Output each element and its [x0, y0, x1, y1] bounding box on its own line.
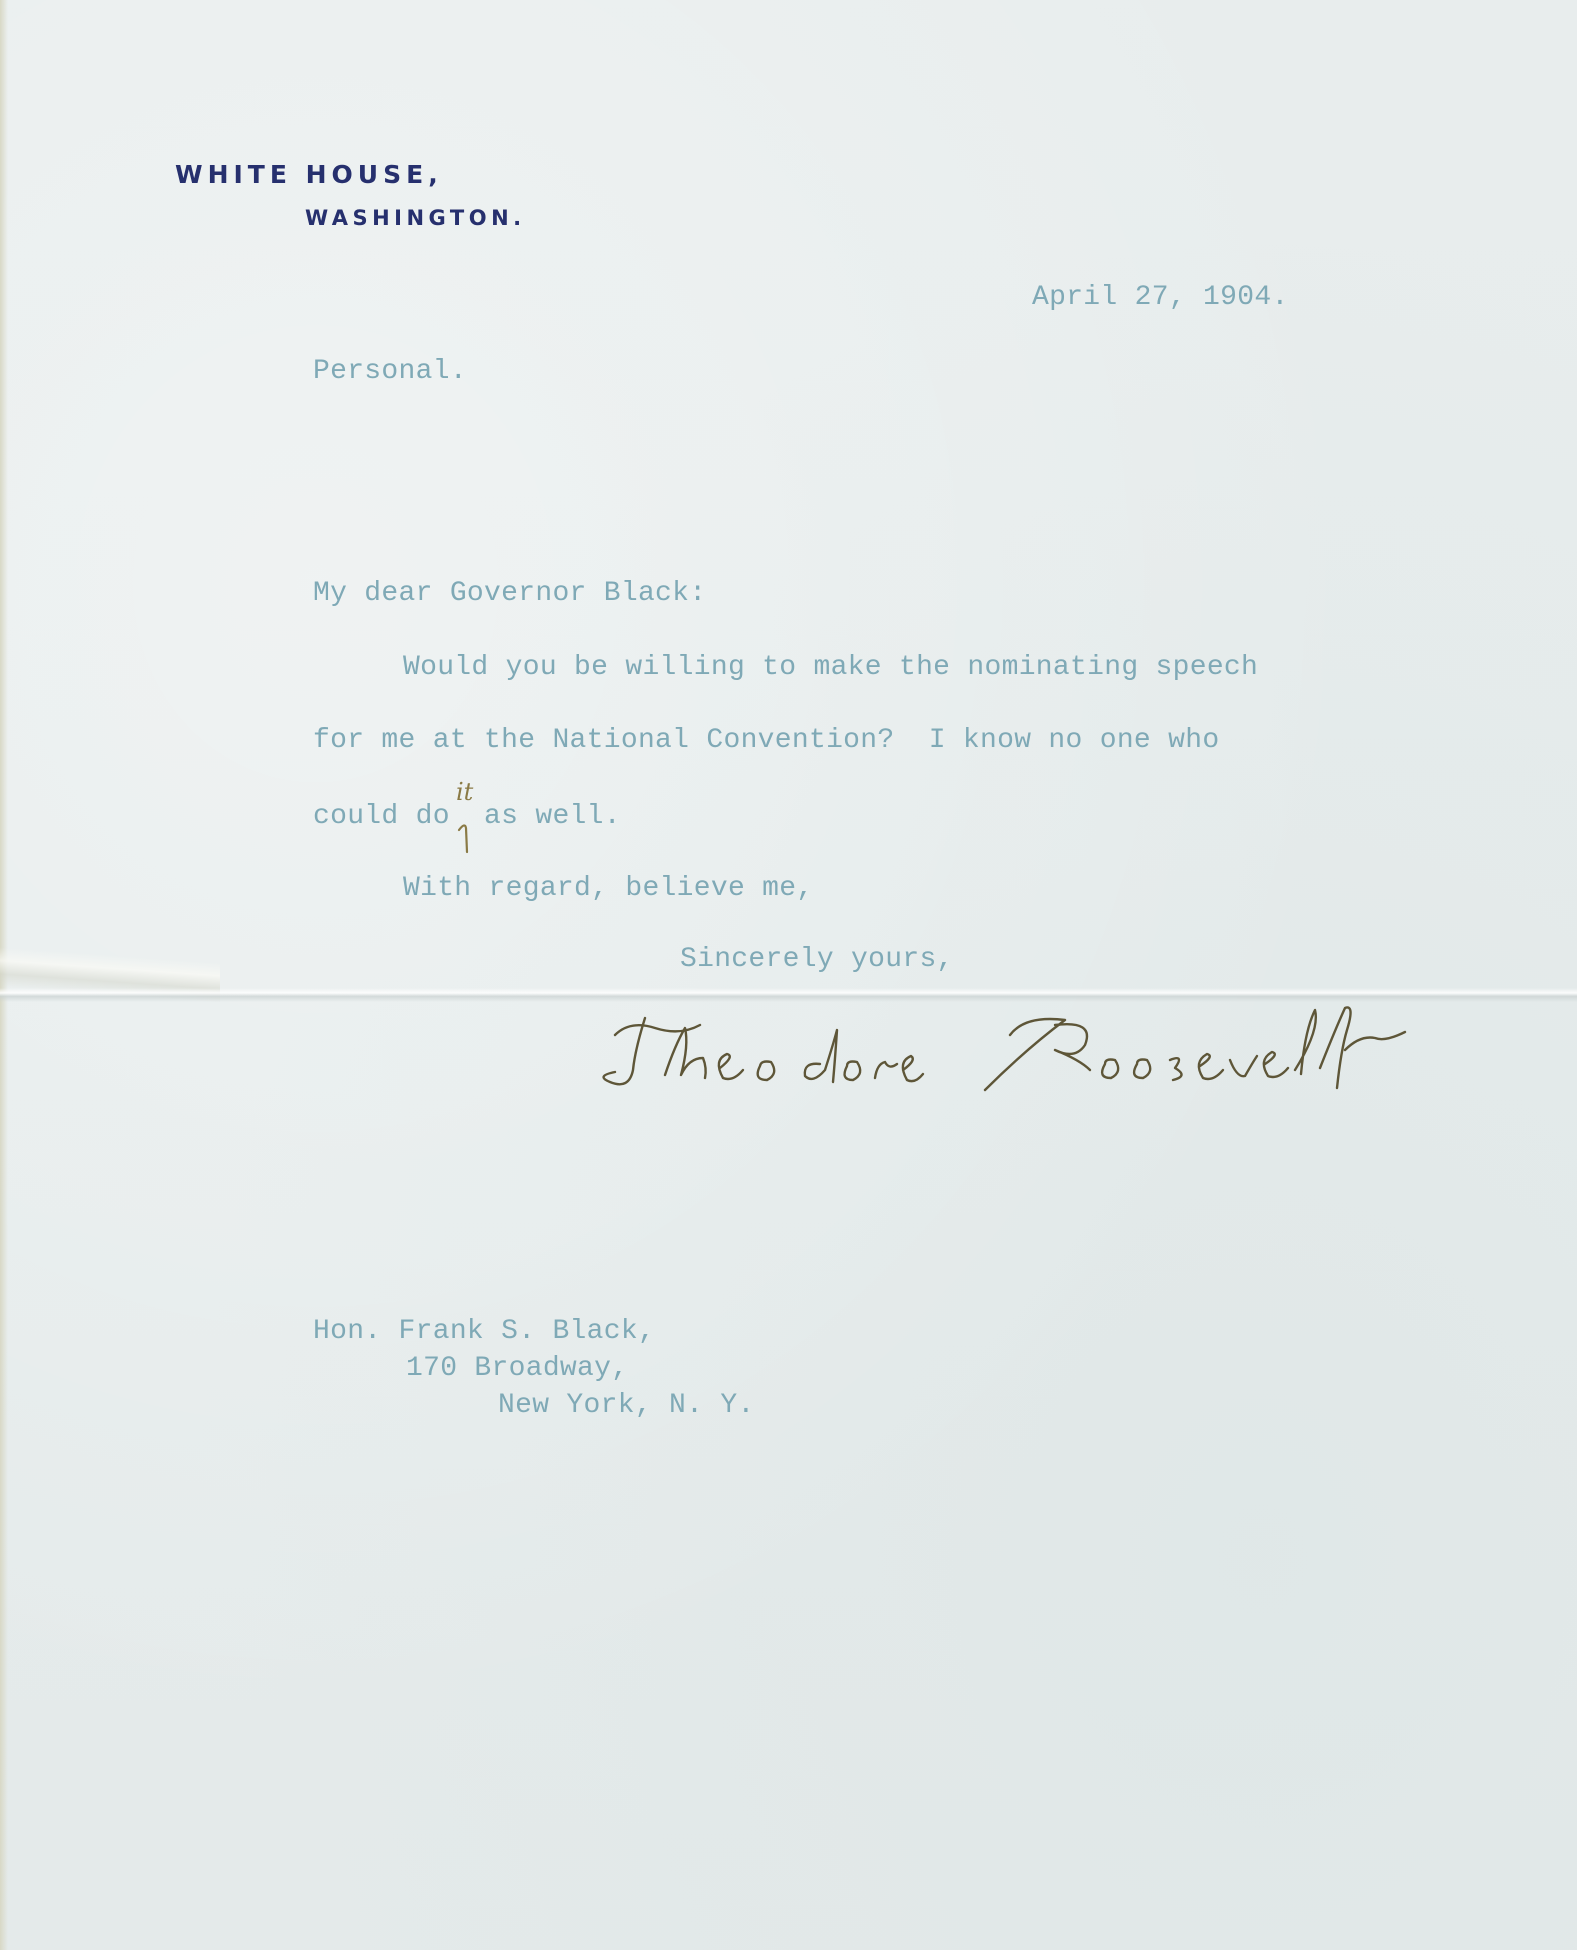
signature-image — [585, 990, 1565, 1110]
body-line-2: for me at the National Convention? I kno… — [313, 725, 1219, 756]
closing: Sincerely yours, — [680, 944, 954, 975]
personal-marking: Personal. — [313, 356, 467, 387]
letter-paper — [0, 0, 1577, 1950]
letterhead-line-1: WHITE HOUSE, — [175, 160, 443, 189]
regard-line: With regard, believe me, — [403, 873, 813, 904]
letterhead-line-2: WASHINGTON. — [305, 206, 526, 230]
recipient-line-3: New York, N. Y. — [498, 1390, 755, 1421]
body-line-1: Would you be willing to make the nominat… — [403, 652, 1258, 683]
recipient-line-1: Hon. Frank S. Black, — [313, 1316, 655, 1347]
insertion-caret-icon — [457, 818, 471, 854]
salutation: My dear Governor Black: — [313, 578, 706, 609]
handwritten-insert: it — [456, 778, 473, 806]
letter-date: April 27, 1904. — [1032, 282, 1289, 313]
recipient-line-2: 170 Broadway, — [406, 1353, 628, 1384]
